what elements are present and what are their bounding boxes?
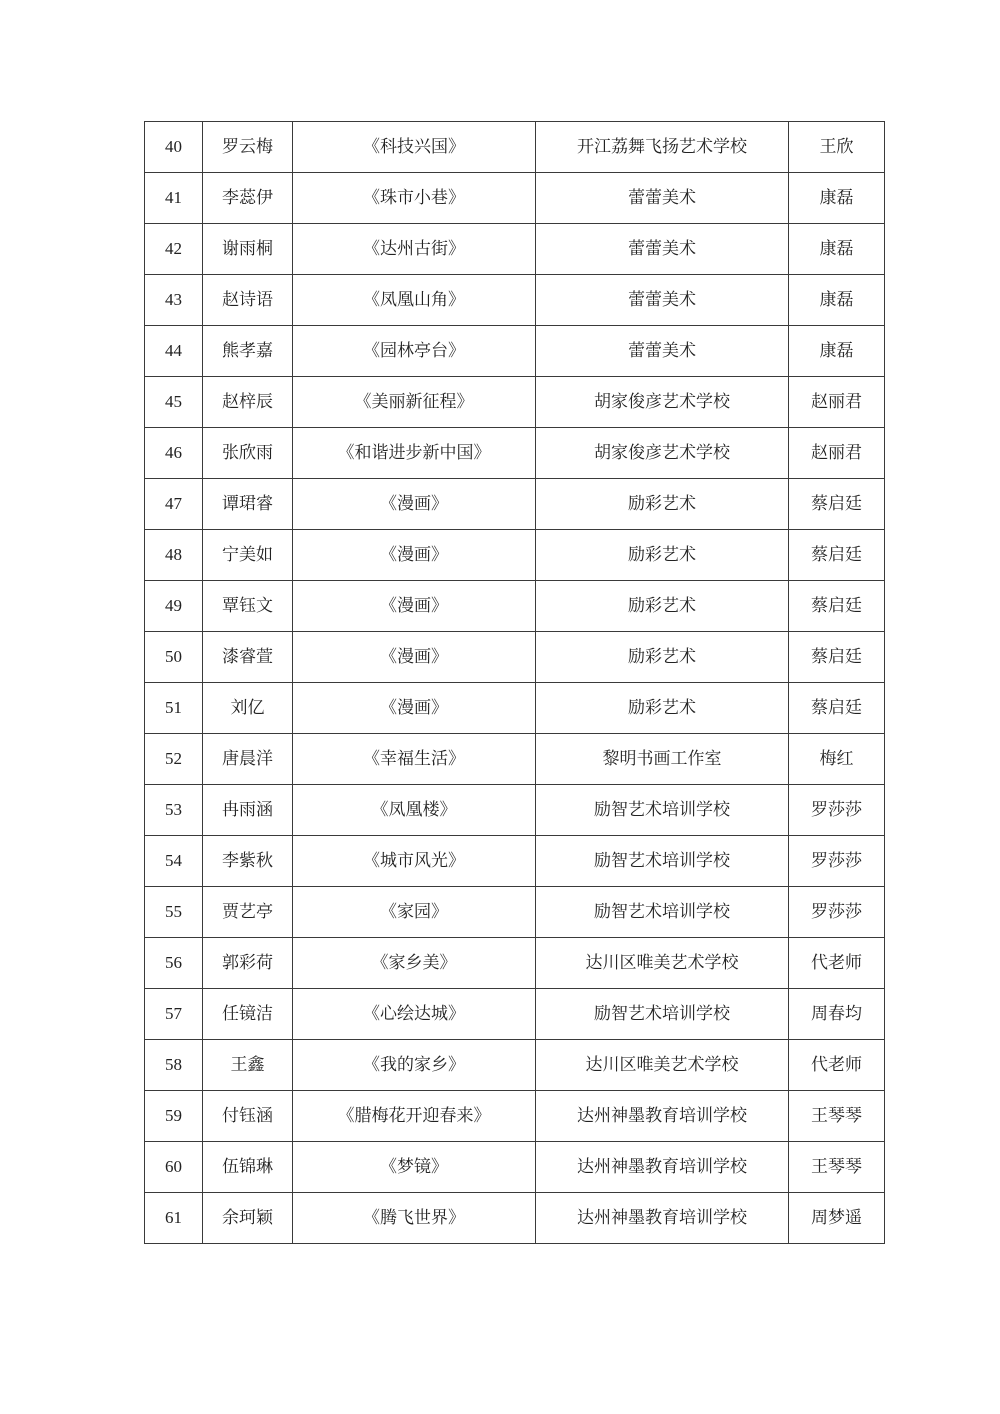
teacher-name-cell: 蔡启廷 — [789, 581, 885, 632]
document-page: 40罗云梅《科技兴国》开江荔舞飞扬艺术学校王欣41李蕊伊《珠市小巷》蕾蕾美术康磊… — [0, 0, 1000, 1414]
teacher-name-cell: 罗莎莎 — [789, 836, 885, 887]
student-name-cell: 唐晨洋 — [203, 734, 293, 785]
table-row: 57任镜洁《心绘达城》励智艺术培训学校周春均 — [145, 989, 885, 1040]
student-name-cell: 李紫秋 — [203, 836, 293, 887]
teacher-name-cell: 蔡启廷 — [789, 632, 885, 683]
student-name-cell: 伍锦琳 — [203, 1142, 293, 1193]
artwork-title-cell: 《美丽新征程》 — [293, 377, 536, 428]
school-name-cell: 达川区唯美艺术学校 — [536, 938, 789, 989]
school-name-cell: 励彩艺术 — [536, 581, 789, 632]
table-row: 55贾艺亭《家园》励智艺术培训学校罗莎莎 — [145, 887, 885, 938]
award-list-table: 40罗云梅《科技兴国》开江荔舞飞扬艺术学校王欣41李蕊伊《珠市小巷》蕾蕾美术康磊… — [144, 121, 885, 1244]
student-name-cell: 宁美如 — [203, 530, 293, 581]
row-number-cell: 49 — [145, 581, 203, 632]
school-name-cell: 胡家俊彦艺术学校 — [536, 377, 789, 428]
table-row: 40罗云梅《科技兴国》开江荔舞飞扬艺术学校王欣 — [145, 122, 885, 173]
artwork-title-cell: 《家乡美》 — [293, 938, 536, 989]
teacher-name-cell: 蔡启廷 — [789, 479, 885, 530]
row-number-cell: 52 — [145, 734, 203, 785]
student-name-cell: 刘亿 — [203, 683, 293, 734]
student-name-cell: 罗云梅 — [203, 122, 293, 173]
school-name-cell: 蕾蕾美术 — [536, 275, 789, 326]
table-row: 41李蕊伊《珠市小巷》蕾蕾美术康磊 — [145, 173, 885, 224]
table-row: 61余珂颖《腾飞世界》达州神墨教育培训学校周梦遥 — [145, 1193, 885, 1244]
table-row: 53冉雨涵《凤凰楼》励智艺术培训学校罗莎莎 — [145, 785, 885, 836]
artwork-title-cell: 《漫画》 — [293, 581, 536, 632]
artwork-title-cell: 《我的家乡》 — [293, 1040, 536, 1091]
table-row: 58王鑫《我的家乡》达川区唯美艺术学校代老师 — [145, 1040, 885, 1091]
student-name-cell: 漆睿萱 — [203, 632, 293, 683]
row-number-cell: 51 — [145, 683, 203, 734]
table-row: 60伍锦琳《梦镜》达州神墨教育培训学校王琴琴 — [145, 1142, 885, 1193]
teacher-name-cell: 代老师 — [789, 1040, 885, 1091]
teacher-name-cell: 罗莎莎 — [789, 785, 885, 836]
row-number-cell: 61 — [145, 1193, 203, 1244]
artwork-title-cell: 《凤凰楼》 — [293, 785, 536, 836]
school-name-cell: 胡家俊彦艺术学校 — [536, 428, 789, 479]
row-number-cell: 57 — [145, 989, 203, 1040]
artwork-title-cell: 《腾飞世界》 — [293, 1193, 536, 1244]
row-number-cell: 47 — [145, 479, 203, 530]
teacher-name-cell: 康磊 — [789, 275, 885, 326]
row-number-cell: 59 — [145, 1091, 203, 1142]
student-name-cell: 李蕊伊 — [203, 173, 293, 224]
table-row: 47谭珺睿《漫画》励彩艺术蔡启廷 — [145, 479, 885, 530]
teacher-name-cell: 蔡启廷 — [789, 683, 885, 734]
table-row: 59付钰涵《腊梅花开迎春来》达州神墨教育培训学校王琴琴 — [145, 1091, 885, 1142]
table-row: 56郭彩荷《家乡美》达川区唯美艺术学校代老师 — [145, 938, 885, 989]
student-name-cell: 谢雨桐 — [203, 224, 293, 275]
table-row: 44熊孝嘉《园林亭台》蕾蕾美术康磊 — [145, 326, 885, 377]
school-name-cell: 励彩艺术 — [536, 683, 789, 734]
school-name-cell: 蕾蕾美术 — [536, 224, 789, 275]
teacher-name-cell: 梅红 — [789, 734, 885, 785]
table-row: 54李紫秋《城市风光》励智艺术培训学校罗莎莎 — [145, 836, 885, 887]
artwork-title-cell: 《漫画》 — [293, 683, 536, 734]
teacher-name-cell: 王欣 — [789, 122, 885, 173]
artwork-title-cell: 《梦镜》 — [293, 1142, 536, 1193]
teacher-name-cell: 王琴琴 — [789, 1091, 885, 1142]
artwork-title-cell: 《珠市小巷》 — [293, 173, 536, 224]
teacher-name-cell: 王琴琴 — [789, 1142, 885, 1193]
table-row: 42谢雨桐《达州古街》蕾蕾美术康磊 — [145, 224, 885, 275]
school-name-cell: 蕾蕾美术 — [536, 326, 789, 377]
teacher-name-cell: 周梦遥 — [789, 1193, 885, 1244]
student-name-cell: 任镜洁 — [203, 989, 293, 1040]
row-number-cell: 60 — [145, 1142, 203, 1193]
student-name-cell: 余珂颖 — [203, 1193, 293, 1244]
teacher-name-cell: 康磊 — [789, 173, 885, 224]
school-name-cell: 励彩艺术 — [536, 530, 789, 581]
school-name-cell: 黎明书画工作室 — [536, 734, 789, 785]
row-number-cell: 46 — [145, 428, 203, 479]
row-number-cell: 50 — [145, 632, 203, 683]
row-number-cell: 55 — [145, 887, 203, 938]
artwork-title-cell: 《园林亭台》 — [293, 326, 536, 377]
table-row: 43赵诗语《凤凰山角》蕾蕾美术康磊 — [145, 275, 885, 326]
student-name-cell: 谭珺睿 — [203, 479, 293, 530]
student-name-cell: 张欣雨 — [203, 428, 293, 479]
table-row: 45赵梓辰《美丽新征程》胡家俊彦艺术学校赵丽君 — [145, 377, 885, 428]
teacher-name-cell: 康磊 — [789, 326, 885, 377]
school-name-cell: 达州神墨教育培训学校 — [536, 1091, 789, 1142]
school-name-cell: 达州神墨教育培训学校 — [536, 1193, 789, 1244]
artwork-title-cell: 《心绘达城》 — [293, 989, 536, 1040]
artwork-title-cell: 《腊梅花开迎春来》 — [293, 1091, 536, 1142]
table-row: 52唐晨洋《幸福生活》黎明书画工作室梅红 — [145, 734, 885, 785]
artwork-title-cell: 《和谐进步新中国》 — [293, 428, 536, 479]
artwork-title-cell: 《凤凰山角》 — [293, 275, 536, 326]
teacher-name-cell: 罗莎莎 — [789, 887, 885, 938]
row-number-cell: 40 — [145, 122, 203, 173]
teacher-name-cell: 赵丽君 — [789, 428, 885, 479]
row-number-cell: 58 — [145, 1040, 203, 1091]
student-name-cell: 赵诗语 — [203, 275, 293, 326]
row-number-cell: 56 — [145, 938, 203, 989]
row-number-cell: 53 — [145, 785, 203, 836]
row-number-cell: 48 — [145, 530, 203, 581]
row-number-cell: 41 — [145, 173, 203, 224]
artwork-title-cell: 《幸福生活》 — [293, 734, 536, 785]
school-name-cell: 励智艺术培训学校 — [536, 836, 789, 887]
table-row: 50漆睿萱《漫画》励彩艺术蔡启廷 — [145, 632, 885, 683]
table-body: 40罗云梅《科技兴国》开江荔舞飞扬艺术学校王欣41李蕊伊《珠市小巷》蕾蕾美术康磊… — [145, 122, 885, 1244]
teacher-name-cell: 赵丽君 — [789, 377, 885, 428]
school-name-cell: 励彩艺术 — [536, 632, 789, 683]
artwork-title-cell: 《科技兴国》 — [293, 122, 536, 173]
artwork-title-cell: 《达州古街》 — [293, 224, 536, 275]
student-name-cell: 郭彩荷 — [203, 938, 293, 989]
artwork-title-cell: 《漫画》 — [293, 530, 536, 581]
student-name-cell: 王鑫 — [203, 1040, 293, 1091]
school-name-cell: 励彩艺术 — [536, 479, 789, 530]
student-name-cell: 贾艺亭 — [203, 887, 293, 938]
school-name-cell: 励智艺术培训学校 — [536, 989, 789, 1040]
teacher-name-cell: 代老师 — [789, 938, 885, 989]
table-row: 49覃钰文《漫画》励彩艺术蔡启廷 — [145, 581, 885, 632]
student-name-cell: 付钰涵 — [203, 1091, 293, 1142]
row-number-cell: 54 — [145, 836, 203, 887]
artwork-title-cell: 《家园》 — [293, 887, 536, 938]
artwork-title-cell: 《漫画》 — [293, 479, 536, 530]
table-row: 51刘亿《漫画》励彩艺术蔡启廷 — [145, 683, 885, 734]
row-number-cell: 43 — [145, 275, 203, 326]
row-number-cell: 42 — [145, 224, 203, 275]
table-row: 46张欣雨《和谐进步新中国》胡家俊彦艺术学校赵丽君 — [145, 428, 885, 479]
teacher-name-cell: 康磊 — [789, 224, 885, 275]
artwork-title-cell: 《城市风光》 — [293, 836, 536, 887]
student-name-cell: 熊孝嘉 — [203, 326, 293, 377]
teacher-name-cell: 蔡启廷 — [789, 530, 885, 581]
row-number-cell: 45 — [145, 377, 203, 428]
student-name-cell: 冉雨涵 — [203, 785, 293, 836]
row-number-cell: 44 — [145, 326, 203, 377]
school-name-cell: 达川区唯美艺术学校 — [536, 1040, 789, 1091]
school-name-cell: 励智艺术培训学校 — [536, 887, 789, 938]
student-name-cell: 赵梓辰 — [203, 377, 293, 428]
student-name-cell: 覃钰文 — [203, 581, 293, 632]
artwork-title-cell: 《漫画》 — [293, 632, 536, 683]
teacher-name-cell: 周春均 — [789, 989, 885, 1040]
school-name-cell: 开江荔舞飞扬艺术学校 — [536, 122, 789, 173]
school-name-cell: 达州神墨教育培训学校 — [536, 1142, 789, 1193]
table-row: 48宁美如《漫画》励彩艺术蔡启廷 — [145, 530, 885, 581]
school-name-cell: 蕾蕾美术 — [536, 173, 789, 224]
school-name-cell: 励智艺术培训学校 — [536, 785, 789, 836]
